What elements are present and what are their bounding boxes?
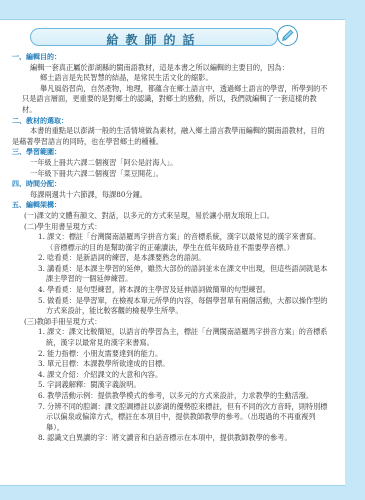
pencil-icon [277,25,298,46]
list-item: 8. 認識文白異讀的字：將文讀音和白話音標示在本項中，提供教師教學的參考。 [20,433,330,444]
subsection-label: (二)學生用書呈現方式： [12,222,330,233]
list-item: 4. 學看覓：是句型練習，將本課的主學習及延伸語詞做簡單的句型練習。 [20,285,330,296]
section-heading: 二、教材的選取： [12,116,330,127]
section-heading: 五、編輯架構： [12,200,330,211]
list-item: 2. 唸看覓：是新語詞的練習，是本課要熟念的語詞。 [20,253,330,264]
paragraph: 本書的重點是以澎湖一般的生活情境做為素材，融入鄉土語言教學而編輯的閩南語教材，目… [12,126,330,147]
list-item: 5. 字詞義解釋：閩漢字義說明。 [20,380,330,391]
paragraph: 編輯一套真正屬於澎湖縣的閩南語教材，這是本書之所以編輯的主要目的，因為： [12,63,330,74]
paragraph: 鄉土語言是先民智慧的結晶，是常民生活文化的縮影。 [12,73,330,84]
document-body: 一、編輯目的： 編輯一套真正屬於澎湖縣的閩南語教材，這是本書之所以編輯的主要目的… [12,52,330,444]
page-title: 給教師的話 [106,33,201,47]
document-page: 給教師的話 一、編輯目的： 編輯一套真正屬於澎湖縣的閩南語教材，這是本書之所以編… [0,19,345,486]
paragraph: 一年級上冊共六課二個複習「阿公是討海人」。 [12,158,330,169]
list-item: 3. 講看覓：是本課主學習的延伸，雖然大部份的語詞並未在課文中出現，但這些語詞就… [20,264,330,285]
list-item: 7. 分辨不同的腔調：課文腔調標註以澎湖的優勢腔來標註，但有不同的次方音時，則特… [20,402,330,434]
section-heading: 一、編輯目的： [12,52,330,63]
list-item: 4. 課文介紹：介紹課文的大意和內容。 [20,370,330,381]
list-item: 2. 能力指標：小朋友需要達到的能力。 [20,349,330,360]
list-item: 6. 教學活動示例：提供教學模式的參考，以多元的方式來設計，力求教學的生動活潑。 [20,391,330,402]
list-item: 5. 做看覓：是學習單，在檢視本單元所學的內容，每個學習單有兩個活動，大都以操作… [20,296,330,317]
list-item: 1. 課文：標註「台灣閩南語羅馬字拼音方案」的音標系統，漢字以最常見的漢字來書寫… [20,232,330,253]
paragraph: 舉凡風俗習尚，自然產物，地理，都蘊含在鄉土語言中，透過鄉土語言的學習，所學到的不… [12,84,330,116]
section-heading: 四、時間分配： [12,179,330,190]
subsection-label: (三)教師手冊呈現方式： [12,317,330,328]
paragraph: 一年級下冊共六課二個複習「菜豆開花」。 [12,169,330,180]
paragraph: 每課兩週共十六節課，每課80分鐘。 [12,190,330,201]
section-heading: 三、學習範圍： [12,147,330,158]
list-item: 3. 單元目標：本課教學所欲達成的目標。 [20,359,330,370]
title-banner: 給教師的話 [30,28,278,46]
subsection-label: (一)課文的文體有韻文、對話，以多元的方式來呈現，易於讓小朋友琅琅上口。 [12,211,330,222]
list-item: 1. 課文：課文比較簡短，以語言的學習為主，標註「台灣閩南語羅馬字拼音方案」的音… [20,327,330,348]
